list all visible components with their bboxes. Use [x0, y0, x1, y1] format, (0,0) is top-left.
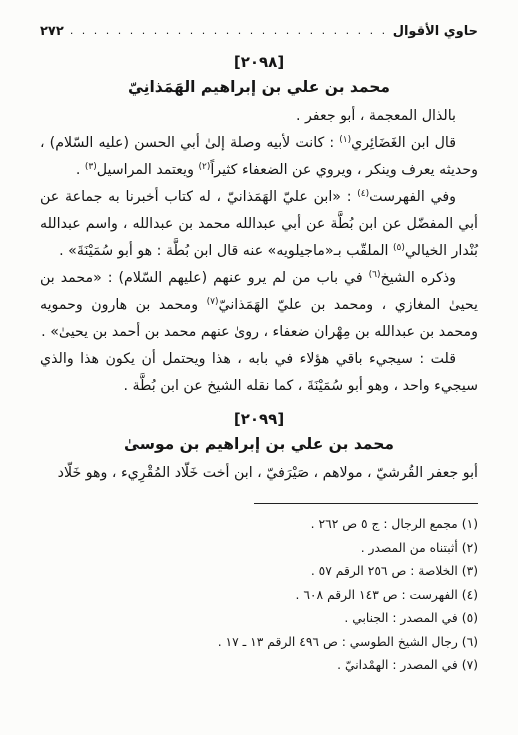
footnote-ref: (٦): [369, 270, 381, 280]
entry-number: [٢٠٩٩]: [40, 410, 478, 428]
footnote-ref: (٥): [393, 243, 405, 253]
footnote-item: (١)مجمع الرجال : ج ٥ ص ٢٦٢ .: [40, 513, 478, 537]
footnotes-section: (١)مجمع الرجال : ج ٥ ص ٢٦٢ .(٢)أثبتناه م…: [40, 503, 478, 678]
footnote-text: في المصدر : الهمْدانيّ .: [337, 658, 458, 672]
footnote-item: (٦)رجال الشيخ الطوسي : ص ٤٩٦ الرقم ١٣ ـ …: [40, 631, 478, 655]
footnote-text: رجال الشيخ الطوسي : ص ٤٩٦ الرقم ١٣ ـ ١٧ …: [218, 635, 458, 649]
footnote-item: (٤)الفهرست : ص ١٤٣ الرقم ٦٠٨ .: [40, 584, 478, 608]
paragraph: وفي الفهرست(٤) : «ابن عليّ الهَمَذانيّ ،…: [40, 184, 478, 265]
footnote-ref: (٢): [198, 162, 210, 172]
footnote-item: (٣)الخلاصة : ص ٢٥٦ الرقم ٥٧ .: [40, 560, 478, 584]
footnote-text: الفهرست : ص ١٤٣ الرقم ٦٠٨ .: [296, 588, 458, 602]
footnote-ref: (٤): [357, 189, 369, 199]
footnote-ref: (٣): [85, 162, 97, 172]
footnotes-list: (١)مجمع الرجال : ج ٥ ص ٢٦٢ .(٢)أثبتناه م…: [40, 513, 478, 678]
footnote-text: أثبتناه من المصدر .: [361, 541, 458, 555]
book-title: حاوي الأقوال: [393, 24, 478, 39]
page-body: [٢٠٩٨]محمد بن علي بن إبراهيم الهَمَذانِي…: [40, 53, 478, 487]
footnote-text: مجمع الرجال : ج ٥ ص ٢٦٢ .: [311, 517, 458, 531]
footnote-ref: (٧): [207, 297, 219, 307]
footnote-marker: (٧): [462, 658, 478, 672]
paragraph: أبو جعفر القُرشيّ ، مولاهم ، صَيْرَفيّ ،…: [40, 460, 478, 487]
footnote-marker: (٦): [462, 635, 478, 649]
page-header: حاوي الأقوال . . . . . . . . . . . . . .…: [40, 24, 478, 39]
paragraph: بالذال المعجمة ، أبو جعفر .: [40, 103, 478, 130]
paragraph: قلت : سيجيء باقي هؤلاء في بابه ، هذا ويح…: [40, 346, 478, 400]
footnote-item: (٥)في المصدر : الجنابي .: [40, 607, 478, 631]
entry-title: محمد بن علي بن إبراهيم الهَمَذانِيّ: [40, 78, 478, 96]
footnote-marker: (٥): [462, 611, 478, 625]
footnote-marker: (٤): [462, 588, 478, 602]
footnote-separator: [254, 503, 478, 504]
footnote-item: (٧)في المصدر : الهمْدانيّ .: [40, 654, 478, 678]
footnote-text: الخلاصة : ص ٢٥٦ الرقم ٥٧ .: [311, 564, 458, 578]
paragraph: قال ابن الغَضَائِري(١) : كانت لأبيه وصلة…: [40, 130, 478, 184]
book-page: حاوي الأقوال . . . . . . . . . . . . . .…: [0, 0, 518, 735]
page-number: ٢٧٢: [40, 24, 64, 39]
paragraph: وذكره الشيخ(٦) في باب من لم يرو عنهم (عل…: [40, 265, 478, 346]
footnote-marker: (٢): [462, 541, 478, 555]
entry-title: محمد بن علي بن إبراهيم بن موسىٰ: [40, 435, 478, 453]
footnote-item: (٢)أثبتناه من المصدر .: [40, 537, 478, 561]
footnote-ref: (١): [339, 135, 351, 145]
footnote-marker: (٣): [462, 564, 478, 578]
entry-number: [٢٠٩٨]: [40, 53, 478, 71]
footnote-marker: (١): [462, 517, 478, 531]
footnote-text: في المصدر : الجنابي .: [344, 611, 457, 625]
dots-leader: . . . . . . . . . . . . . . . . . . . . …: [70, 24, 387, 37]
